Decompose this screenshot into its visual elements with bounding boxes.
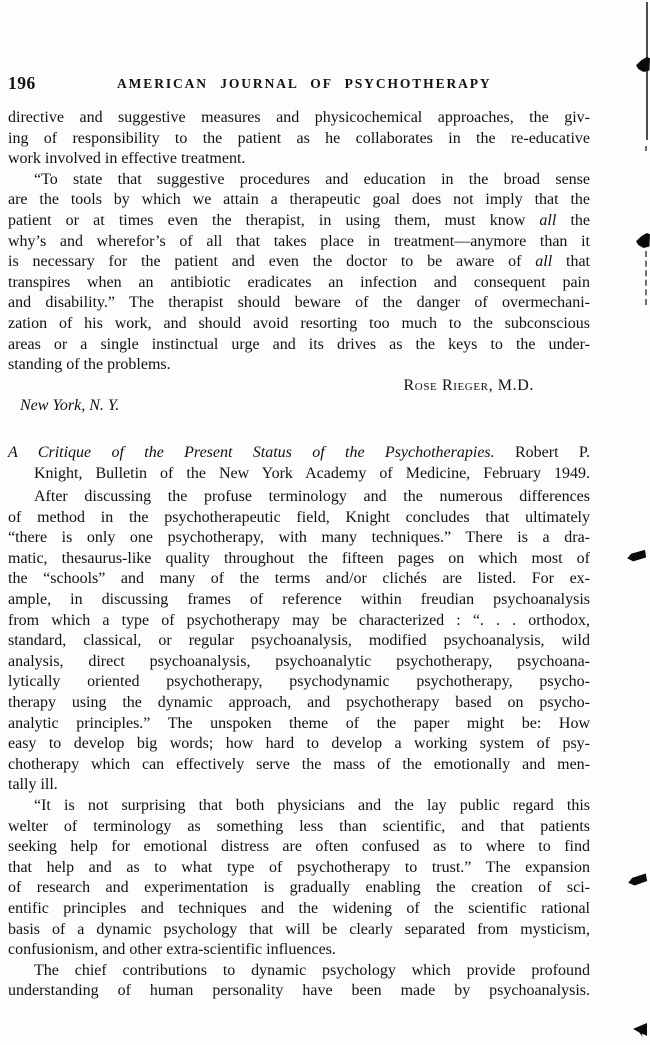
italic-text: all — [535, 253, 552, 270]
text-line: work involved in effective treatment. — [8, 149, 590, 170]
text-line: therapy using the dynamic approach, and … — [8, 693, 590, 714]
text-line: seeking help for emotional distress are … — [8, 837, 590, 858]
text-line: standing of the problems. — [8, 355, 590, 376]
place-line: New York, N. Y. — [8, 396, 590, 417]
paragraph: “It is not surprising that both physicia… — [8, 796, 590, 961]
page-number: 196 — [8, 73, 36, 94]
text-line: welter of terminology as something less … — [8, 817, 590, 838]
text-line: confusionism, and other extra-scientific… — [8, 940, 590, 961]
text-line: zation of his work, and should avoid res… — [8, 314, 590, 335]
text-line: transpires when an antibiotic eradicates… — [8, 273, 590, 294]
page-body: directive and suggestive measures and ph… — [8, 108, 590, 1002]
text-line: of method in the psychotherapeutic field… — [8, 508, 590, 529]
text-line: New York, N. Y. — [8, 396, 590, 417]
text-line: areas or a single instinctual urge and i… — [8, 335, 590, 356]
text-line: of research and experimentation is gradu… — [8, 878, 590, 899]
margin-ink-mark — [636, 233, 650, 248]
text-line: After discussing the profuse terminology… — [8, 487, 590, 508]
text-line: entific principles and techniques and th… — [8, 899, 590, 920]
text-line: The chief contributions to dynamic psych… — [8, 961, 590, 982]
text-line: A Critique of the Present Status of the … — [8, 443, 590, 464]
text-line: easy to develop big words; how hard to d… — [8, 734, 590, 755]
reference-entry: A Critique of the Present Status of the … — [8, 443, 590, 484]
margin-ink-mark — [626, 550, 646, 564]
text-line: analytic principles.” The unspoken theme… — [8, 714, 590, 735]
text-line: tally ill. — [8, 775, 590, 796]
text-line: ample, in discussing frames of reference… — [8, 590, 590, 611]
italic-text: all — [539, 212, 556, 229]
text-line: that help and as to what type of psychot… — [8, 858, 590, 879]
text-line: “there is only one psychotherapy, with m… — [8, 528, 590, 549]
text-line: basis of a dynamic psychology that will … — [8, 920, 590, 941]
text-line: “It is not surprising that both physicia… — [8, 796, 590, 817]
signature-line: Rose Rieger, M.D. — [8, 376, 590, 397]
text-line: why’s and wherefor’s of all that takes p… — [8, 232, 590, 253]
text-line: is necessary for the patient and even th… — [8, 252, 590, 273]
text-line: ing of responsibility to the patient as … — [8, 129, 590, 150]
text-line: patient or at times even the therapist, … — [8, 211, 590, 232]
text-line: Rose Rieger, M.D. — [8, 376, 590, 397]
margin-ink-mark — [627, 873, 648, 887]
paragraph: “To state that suggestive procedures and… — [8, 170, 590, 376]
text-line: standard, classical, or regular psychoan… — [8, 631, 590, 652]
margin-ink-mark — [633, 1023, 647, 1037]
text-line: chotherapy which can effectively serve t… — [8, 755, 590, 776]
text-line: and disability.” The therapist should be… — [8, 293, 590, 314]
text-line: lytically oriented psychotherapy, psycho… — [8, 672, 590, 693]
text-line: directive and suggestive measures and ph… — [8, 108, 590, 129]
paragraph: The chief contributions to dynamic psych… — [8, 961, 590, 1002]
text-line: Knight, Bulletin of the New York Academy… — [8, 464, 590, 485]
journal-page: 196 AMERICAN JOURNAL OF PSYCHOTHERAPY di… — [0, 0, 650, 1045]
margin-ink-mark — [636, 57, 650, 72]
text-line: analysis, direct psychoanalysis, psychoa… — [8, 652, 590, 673]
text-line: are the tools by which we attain a thera… — [8, 190, 590, 211]
paragraph: After discussing the profuse terminology… — [8, 487, 590, 796]
text-line: understanding of human personality have … — [8, 981, 590, 1002]
text-line: matic, thesaurus-like quality throughout… — [8, 549, 590, 570]
running-head: AMERICAN JOURNAL OF PSYCHOTHERAPY — [117, 76, 492, 92]
text-line: “To state that suggestive procedures and… — [8, 170, 590, 191]
text-line: the “schools” and many of the terms and/… — [8, 569, 590, 590]
page-header: 196 AMERICAN JOURNAL OF PSYCHOTHERAPY — [0, 72, 650, 96]
paragraph-continuation: directive and suggestive measures and ph… — [8, 108, 590, 170]
italic-text: A Critique of the Present Status of the … — [8, 444, 495, 461]
scan-edge-dot — [645, 146, 647, 151]
text-line: from which a type of psychotherapy may b… — [8, 611, 590, 632]
scan-dashed-line — [645, 251, 647, 305]
